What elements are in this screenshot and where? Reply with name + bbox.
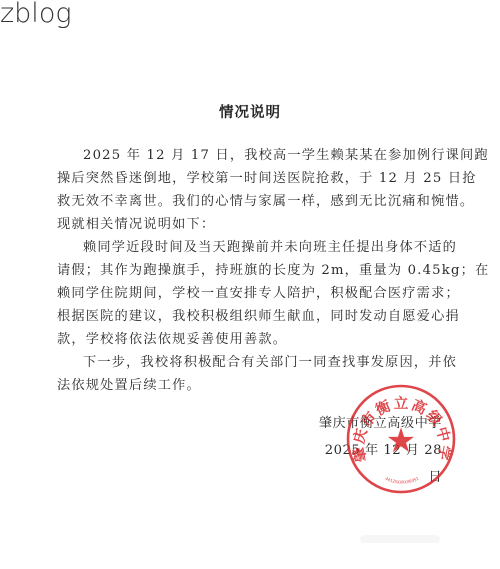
signature-date: 2025 年 12 月 28 日 <box>320 437 442 491</box>
text-line: 救无效不幸离世。我们的心情与家属一样，感到无比沉痛和惋惜。 <box>57 190 457 213</box>
text-line: 现就相关情况说明如下： <box>57 213 457 236</box>
signature-organization: 肇庆市衡立高级中学 <box>312 410 442 437</box>
paragraph-2: 赖同学近段时间及当天跑操前并未向班主任提出身体不适的 请假；其作为跑操旗手，持班… <box>57 236 457 351</box>
text-line: 法依规处置后续工作。 <box>57 374 457 397</box>
document-title: 情况说明 <box>0 101 500 122</box>
scan-artifact <box>360 535 440 543</box>
signature-block: 肇庆市衡立高级中学 2025 年 12 月 28 日 <box>312 410 442 491</box>
text-line: 赖同学近段时间及当天跑操前并未向班主任提出身体不适的 <box>57 236 457 259</box>
text-line: 下一步，我校将积极配合有关部门一同查找事发原因，并依 <box>57 351 457 374</box>
text-line: 款，学校将依法依规妥善使用善款。 <box>57 328 457 351</box>
text-line: 根据医院的建议，我校积极组织师生献血，同时发动自愿爱心捐 <box>57 305 457 328</box>
text-line: 赖同学住院期间，学校一直安排专人陪护，积极配合医疗需求； <box>57 282 457 305</box>
paragraph-1: 2025 年 12 月 17 日，我校高一学生赖某某在参加例行课间跑 操后突然昏… <box>57 144 457 236</box>
text-line: 2025 年 12 月 17 日，我校高一学生赖某某在参加例行课间跑 <box>57 144 457 167</box>
paragraph-3: 下一步，我校将积极配合有关部门一同查找事发原因，并依 法依规处置后续工作。 <box>57 351 457 397</box>
watermark: zblog <box>0 0 72 29</box>
text-line: 操后突然昏迷倒地，学校第一时间送医院抢救，于 12 月 25 日抢 <box>57 167 457 190</box>
document-body: 2025 年 12 月 17 日，我校高一学生赖某某在参加例行课间跑 操后突然昏… <box>57 144 457 397</box>
text-line: 请假；其作为跑操旗手，持班旗的长度为 2m，重量为 0.45kg；在 <box>57 259 457 282</box>
